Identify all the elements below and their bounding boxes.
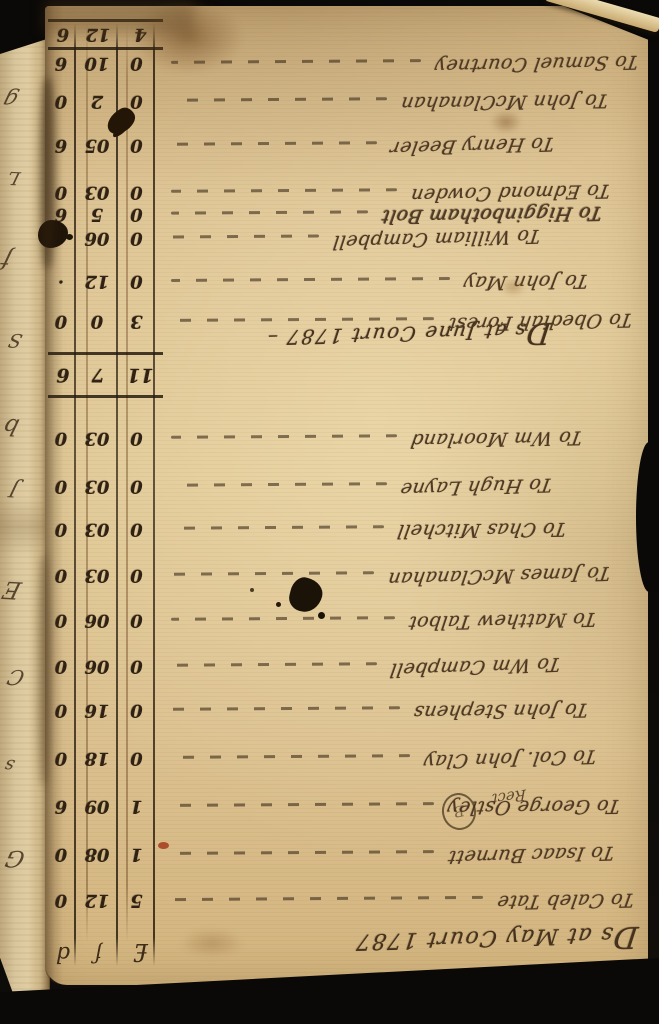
amount-pence: 0 [46, 891, 76, 912]
section-heading: Ds at May Court 1787 [353, 919, 640, 962]
dash-leader [171, 707, 400, 712]
amount-shillings: 03 [76, 520, 118, 541]
amount-pence: · [46, 272, 76, 293]
amount-pounds: 0 [118, 657, 155, 678]
amount-shillings: 03 [76, 477, 118, 498]
dash-leader [171, 142, 377, 146]
debtor-name: To Edmond Cowden [409, 180, 612, 207]
debtor-name: To John May [462, 270, 590, 294]
currency-column-headers: £ ſ d [48, 938, 163, 966]
pence-symbol: d [48, 938, 78, 966]
amount-pounds: 0 [118, 566, 155, 587]
receipt-note: Rect [492, 786, 526, 809]
dash-leader [171, 235, 319, 239]
debtor-name: To Col. John Clay [422, 745, 598, 772]
total-shillings: 12 [78, 24, 118, 45]
dash-leader [171, 755, 410, 760]
script-fragment: E [0, 578, 24, 603]
amount-pence: 6 [46, 205, 76, 226]
amount-shillings: 18 [76, 749, 118, 770]
amount-pence: 0 [46, 611, 76, 632]
section-heading: Ds at June Court 1787 – [264, 315, 553, 358]
amount-pence: 0 [46, 183, 76, 204]
amount-pounds: 0 [118, 520, 155, 541]
amount-pounds: 0 [118, 205, 155, 226]
amount-pounds: 1 [118, 845, 155, 866]
column-rule-pence [74, 23, 76, 966]
script-fragment: L [6, 168, 23, 186]
ledger-entry-row: To James McClanahan 0 03 0 [46, 556, 646, 596]
amount-pence: 0 [46, 429, 76, 450]
total-pence: 6 [48, 364, 78, 386]
script-fragment: J [7, 480, 20, 500]
amount-pounds: 0 [118, 749, 155, 770]
dash-leader [171, 189, 397, 194]
total-pounds: 4 [118, 24, 163, 45]
amount-pounds: 5 [118, 891, 155, 912]
amount-pounds: 3 [118, 312, 155, 333]
debtor-name: To John McClanahan [399, 90, 610, 115]
amount-pounds: 0 [118, 701, 155, 722]
amount-pence: 0 [46, 566, 76, 587]
amount-pence: 0 [46, 477, 76, 498]
debtor-name: To Wm Campbell [388, 653, 562, 681]
ledger-entry-row: To John May 0 12 · [46, 262, 646, 302]
debtor-name: To Caleb Tate [495, 889, 636, 913]
debtor-name: To William Campbell [331, 225, 541, 253]
debtor-name: To James McClanahan [386, 562, 612, 590]
debtor-name: To Henry Beeler [388, 133, 556, 160]
ledger-entry-row: To George Ostley 1 09 6 [46, 787, 646, 827]
column-rule-faint [127, 23, 129, 942]
debtor-name: To Obediah Forest [446, 309, 634, 335]
ledger-entry-row: To Wm Moorland 0 03 0 [46, 419, 646, 459]
dash-leader [171, 318, 434, 323]
amount-pounds: 0 [118, 229, 155, 250]
script-fragment: b [1, 414, 22, 437]
ledger-page: £ ſ d Ds at May Court 1787 To Caleb Tate… [45, 6, 648, 985]
page-edge-irregularity [636, 442, 659, 592]
amount-shillings: 03 [76, 566, 118, 587]
amount-pence: 0 [46, 845, 76, 866]
dash-leader [171, 572, 374, 576]
script-fragment: f [0, 248, 14, 272]
script-fragment: s [3, 756, 17, 774]
amount-pence: · [46, 229, 76, 250]
amount-shillings: 05 [76, 136, 118, 157]
amount-shillings: 09 [76, 797, 118, 818]
amount-shillings: 03 [76, 429, 118, 450]
ledger-entry-row: To Henry Beeler 0 05 6 [46, 126, 646, 166]
amount-shillings: 06 [76, 657, 118, 678]
dash-leader [171, 526, 384, 530]
ledger-entry-row: To Samuel Courtney 0 10 6 [46, 47, 646, 81]
dash-leader [171, 851, 434, 856]
binding-gutter-shadow [45, 6, 63, 985]
script-fragment: S [6, 330, 24, 349]
dash-leader [171, 803, 434, 808]
amount-pence: 6 [46, 797, 76, 818]
ledger-entry-row: To Caleb Tate 5 12 0 [46, 881, 646, 921]
amount-shillings: 12 [76, 891, 118, 912]
amount-shillings: 08 [76, 845, 118, 866]
dash-leader [171, 278, 450, 283]
column-rule-faint [87, 23, 89, 942]
debtor-name: To George Ostley [446, 795, 622, 819]
amount-pence: 0 [46, 312, 76, 333]
dash-leader [171, 663, 377, 667]
scanned-ledger-photograph: g L f S b J E C s G £ ſ d [0, 0, 659, 1024]
facing-page-edge: g L f S b J E C s G [0, 38, 50, 996]
section-total-may: 11 7 6 [48, 352, 163, 398]
amount-shillings: 10 [76, 54, 118, 75]
amount-shillings: 16 [76, 701, 118, 722]
dash-leader [171, 60, 421, 65]
amount-pounds: 0 [118, 136, 155, 157]
dash-leader [171, 617, 395, 622]
amount-shillings: 06 [76, 229, 118, 250]
column-rule-shillings [116, 23, 118, 966]
amount-pence: 0 [46, 749, 76, 770]
total-pence: 6 [48, 24, 78, 45]
amount-pence: 6 [46, 54, 76, 75]
ledger-entry-row: To William Campbell 0 06 · [46, 222, 646, 256]
ledger-entry-row: To Wm Campbell 0 06 0 [46, 647, 646, 687]
script-fragment: G [3, 846, 27, 870]
ledger-entry-row: To Chas Mitchell 0 03 0 [46, 510, 646, 550]
circled-mark: B [439, 790, 480, 833]
debtor-name: To Chas Mitchell [396, 518, 568, 542]
debtor-name: To Matthew Talbot [407, 608, 598, 634]
total-shillings: 7 [78, 364, 118, 386]
debtor-name: To Isaac Burnett [446, 842, 616, 869]
total-pounds: 11 [118, 364, 163, 386]
amount-pounds: 0 [118, 272, 155, 293]
ledger-content-rotated: £ ſ d Ds at May Court 1787 To Caleb Tate… [46, 9, 646, 982]
ledger-entry-row: To Higginbotham Bolt 0 5 6 [46, 198, 646, 232]
amount-pounds: 0 [118, 54, 155, 75]
debtor-name: To John Stephens [412, 699, 590, 723]
debtor-name: To Wm Moorland [409, 427, 584, 452]
shillings-symbol: ſ [78, 938, 118, 966]
ledger-entry-row: To John McClanahan 0 2 0 [46, 82, 646, 122]
amount-pounds: 1 [118, 797, 155, 818]
amount-pounds: 0 [118, 477, 155, 498]
amount-pounds: 0 [118, 92, 155, 113]
script-fragment: g [1, 88, 21, 110]
amount-pounds: 0 [118, 429, 155, 450]
ledger-entry-row: To John Stephens 0 16 0 [46, 691, 646, 731]
ledger-entry-row: To Edmond Cowden 0 03 0 [46, 176, 646, 210]
amount-shillings: 03 [76, 183, 118, 204]
amount-pence: 0 [46, 701, 76, 722]
amount-shillings: 06 [76, 611, 118, 632]
section-total-june: 4 12 6 [48, 19, 163, 50]
dash-leader [171, 896, 483, 901]
amount-pounds: 0 [118, 611, 155, 632]
debtor-name: To Higginbotham Bolt [380, 202, 604, 227]
column-rule-pounds [153, 23, 155, 966]
amount-shillings: 5 [76, 205, 118, 226]
ledger-entry-row: To Col. John Clay 0 18 0 [46, 739, 646, 779]
dash-leader [171, 483, 387, 488]
ledger-entry-row: To Isaac Burnett 1 08 0 [46, 835, 646, 875]
amount-shillings: 0 [76, 312, 118, 333]
amount-shillings: 12 [76, 272, 118, 293]
amount-pence: 0 [46, 92, 76, 113]
amount-pence: 0 [46, 657, 76, 678]
pounds-symbol: £ [118, 938, 163, 966]
amount-shillings: 2 [76, 92, 118, 113]
amount-pounds: 0 [118, 183, 155, 204]
dash-leader [171, 211, 368, 215]
dash-leader [171, 98, 387, 103]
ledger-entry-row: To Obediah Forest 3 0 0 [46, 302, 646, 342]
dash-leader [171, 435, 397, 440]
debtor-name: To Hugh Layne [399, 474, 555, 501]
script-fragment: C [5, 666, 27, 688]
debtor-name: To Samuel Courtney [433, 51, 640, 77]
ledger-entry-row: To Hugh Layne 0 03 0 [46, 467, 646, 507]
amount-pence: 0 [46, 520, 76, 541]
amount-pence: 6 [46, 136, 76, 157]
ledger-entry-row: To Matthew Talbot 0 06 0 [46, 601, 646, 641]
